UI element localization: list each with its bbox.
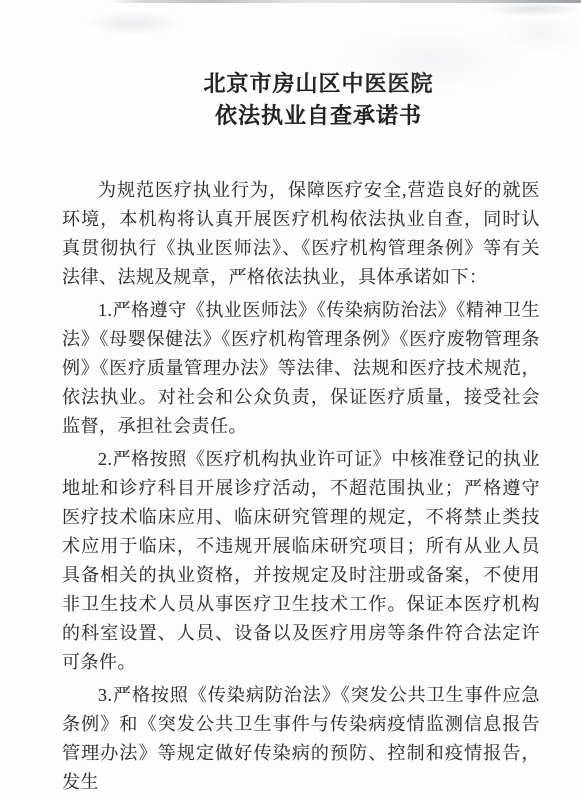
paragraph-intro: 为规范医疗执业行为，保障医疗安全,营造良好的就医环境，本机构将认真开展医疗机构依… bbox=[62, 176, 540, 292]
paragraph-item-3: 3.严格按照《传染病防治法》《突发公共卫生事件应急条例》和《突发公共卫生事件与传… bbox=[62, 681, 540, 797]
scanned-document-page: 北京市房山区中医医院 依法执业自查承诺书 为规范医疗执业行为，保障医疗安全,营造… bbox=[0, 0, 581, 800]
paragraph-item-1: 1.严格遵守《执业医师法》《传染病防治法》《精神卫生法》《母婴保健法》《医疗机构… bbox=[62, 296, 540, 441]
paragraph-item-2: 2.严格按照《医疗机构执业许可证》中核准登记的执业地址和诊疗科目开展诊疗活动，不… bbox=[62, 445, 540, 677]
document-title-line2: 依法执业自查承诺书 bbox=[56, 100, 581, 132]
document-body: 为规范医疗执业行为，保障医疗安全,营造良好的就医环境，本机构将认真开展医疗机构依… bbox=[62, 176, 540, 797]
scan-smudge bbox=[84, 10, 184, 36]
scan-top-edge-artifact bbox=[108, 0, 581, 3]
document-title-line1: 北京市房山区中医医院 bbox=[56, 68, 581, 100]
document-title: 北京市房山区中医医院 依法执业自查承诺书 bbox=[56, 68, 581, 132]
scan-smudge bbox=[500, 14, 580, 54]
scan-smudge bbox=[486, 2, 581, 16]
